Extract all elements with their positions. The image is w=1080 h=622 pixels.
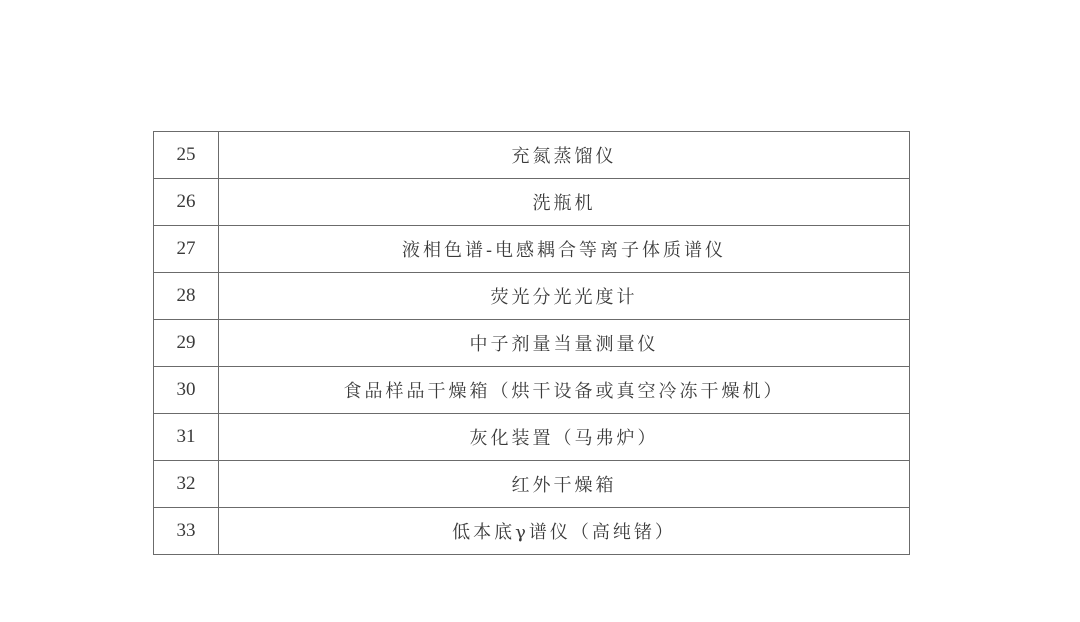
equipment-name: 食品样品干燥箱（烘干设备或真空冷冻干燥机） bbox=[219, 367, 910, 414]
row-number: 28 bbox=[154, 273, 219, 320]
table-row: 27 液相色谱-电感耦合等离子体质谱仪 bbox=[154, 226, 910, 273]
row-number: 32 bbox=[154, 461, 219, 508]
table-row: 31 灰化装置（马弗炉） bbox=[154, 414, 910, 461]
table-row: 29 中子剂量当量测量仪 bbox=[154, 320, 910, 367]
table-row: 33 低本底γ谱仪（高纯锗） bbox=[154, 508, 910, 555]
table-row: 26 洗瓶机 bbox=[154, 179, 910, 226]
equipment-name: 红外干燥箱 bbox=[219, 461, 910, 508]
equipment-name: 充氮蒸馏仪 bbox=[219, 132, 910, 179]
row-number: 26 bbox=[154, 179, 219, 226]
table-row: 32 红外干燥箱 bbox=[154, 461, 910, 508]
equipment-name: 低本底γ谱仪（高纯锗） bbox=[219, 508, 910, 555]
table-row: 25 充氮蒸馏仪 bbox=[154, 132, 910, 179]
equipment-name: 中子剂量当量测量仪 bbox=[219, 320, 910, 367]
equipment-table: 25 充氮蒸馏仪 26 洗瓶机 27 液相色谱-电感耦合等离子体质谱仪 28 荧… bbox=[153, 131, 910, 555]
equipment-name: 液相色谱-电感耦合等离子体质谱仪 bbox=[219, 226, 910, 273]
table-row: 30 食品样品干燥箱（烘干设备或真空冷冻干燥机） bbox=[154, 367, 910, 414]
row-number: 30 bbox=[154, 367, 219, 414]
equipment-name: 灰化装置（马弗炉） bbox=[219, 414, 910, 461]
table-row: 28 荧光分光光度计 bbox=[154, 273, 910, 320]
row-number: 25 bbox=[154, 132, 219, 179]
equipment-name: 荧光分光光度计 bbox=[219, 273, 910, 320]
row-number: 33 bbox=[154, 508, 219, 555]
row-number: 29 bbox=[154, 320, 219, 367]
equipment-name: 洗瓶机 bbox=[219, 179, 910, 226]
row-number: 31 bbox=[154, 414, 219, 461]
row-number: 27 bbox=[154, 226, 219, 273]
